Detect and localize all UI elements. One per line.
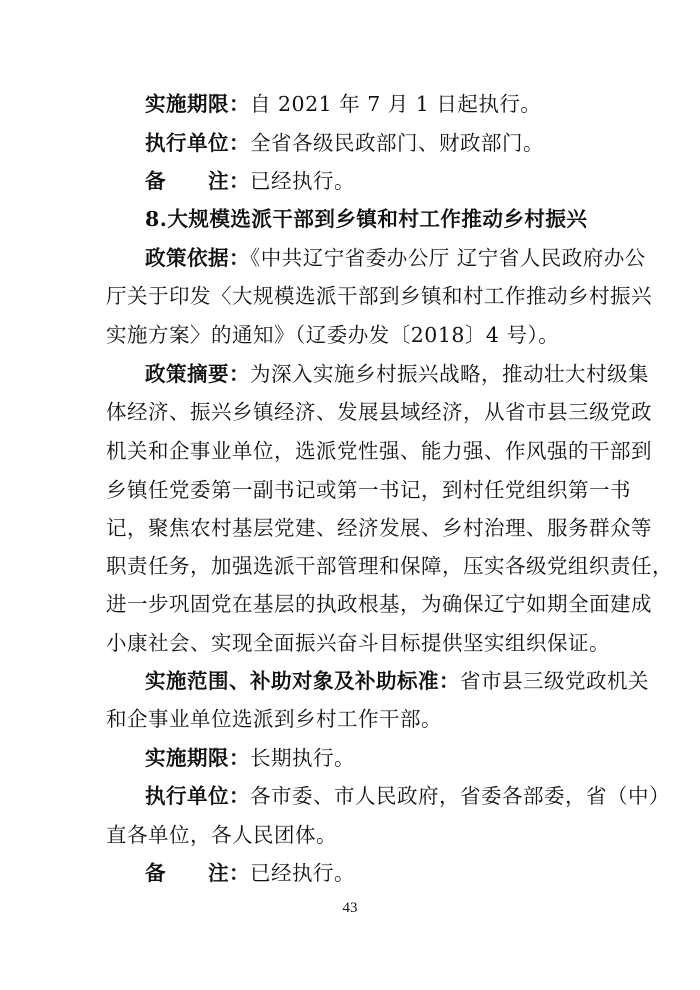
field-label: 政策摘要： (145, 362, 250, 386)
field-label: 实施期限： (145, 746, 250, 770)
field-value: 全省各级民政部门、财政部门。 (250, 131, 544, 155)
field-value: 长期执行。 (250, 746, 355, 770)
field-label: 政策依据： (145, 246, 250, 270)
paragraph-line: 厅关于印发〈大规模选派干部到乡镇和村工作推动乡村振兴 (106, 277, 604, 315)
field-value: 为深入实施乡村振兴战略，推动壮大村级集 (250, 362, 649, 386)
implementation-period-line: 实施期限：长期执行。 (145, 739, 604, 777)
field-label: 实施期限： (145, 92, 250, 116)
executing-unit-line: 执行单位：全省各级民政部门、财政部门。 (145, 124, 604, 162)
field-value: 已经执行。 (250, 861, 355, 885)
paragraph-line: 直各单位，各人民团体。 (106, 816, 604, 854)
field-label: 备 注： (145, 861, 250, 885)
field-value: 《中共辽宁省委办公厅 辽宁省人民政府办公 (250, 246, 646, 270)
paragraph-line: 职责任务，加强选派干部管理和保障，压实各级党组织责任， (106, 547, 604, 585)
field-value: 省市县三级党政机关 (460, 669, 649, 693)
paragraph-line: 记，聚焦农村基层党建、经济发展、乡村治理、服务群众等 (106, 509, 604, 547)
paragraph-line: 体经济、振兴乡镇经济、发展县域经济，从省市县三级党政 (106, 393, 604, 431)
policy-basis-line: 政策依据：《中共辽宁省委办公厅 辽宁省人民政府办公 (145, 239, 604, 277)
paragraph-line: 和企事业单位选派到乡村工作干部。 (106, 700, 604, 738)
remarks-line: 备 注：已经执行。 (145, 162, 604, 200)
page-number: 43 (0, 900, 700, 917)
field-value: 自 2021 年 7 月 1 日起执行。 (250, 92, 541, 116)
implementation-period-line: 实施期限：自 2021 年 7 月 1 日起执行。 (145, 85, 604, 123)
field-value: 已经执行。 (250, 169, 355, 193)
field-label: 执行单位： (145, 784, 250, 808)
paragraph-line: 机关和企事业单位，选派党性强、能力强、作风强的干部到 (106, 432, 604, 470)
field-label: 执行单位： (145, 131, 250, 155)
section-heading-8: 8.大规模选派干部到乡镇和村工作推动乡村振兴 (145, 200, 604, 238)
executing-unit-line: 执行单位：各市委、市人民政府，省委各部委，省（中） (145, 777, 604, 815)
scope-line: 实施范围、补助对象及补助标准：省市县三级党政机关 (145, 662, 604, 700)
field-label: 实施范围、补助对象及补助标准： (145, 669, 460, 693)
paragraph-line: 实施方案〉的通知》（辽委办发〔2018〕4 号）。 (106, 316, 604, 354)
paragraph-line: 进一步巩固党在基层的执政根基，为确保辽宁如期全面建成 (106, 585, 604, 623)
field-value: 各市委、市人民政府，省委各部委，省（中） (250, 784, 670, 808)
field-label: 备 注： (145, 169, 250, 193)
remarks-line: 备 注：已经执行。 (145, 854, 604, 892)
paragraph-line: 小康社会、实现全面振兴奋斗目标提供坚实组织保证。 (106, 624, 604, 662)
paragraph-line: 乡镇任党委第一副书记或第一书记，到村任党组织第一书 (106, 471, 604, 509)
policy-summary-line: 政策摘要：为深入实施乡村振兴战略，推动壮大村级集 (145, 355, 604, 393)
